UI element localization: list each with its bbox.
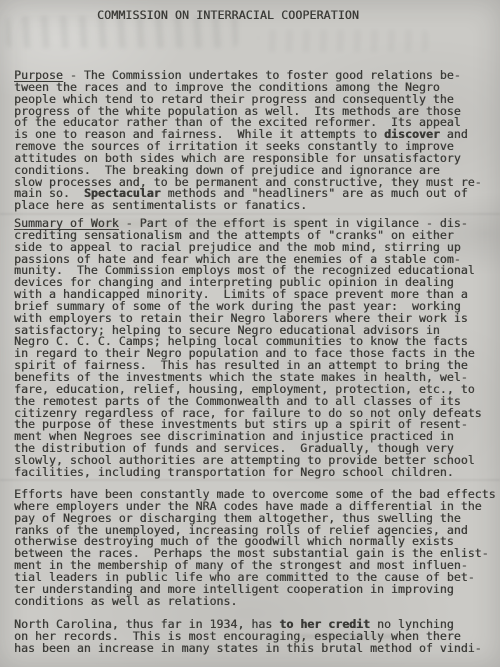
text-line: facilities, including transportation for… bbox=[14, 467, 482, 479]
paper-crease bbox=[0, 213, 500, 215]
paragraph-4: North Carolina, thus far in 1934, has to… bbox=[14, 619, 482, 655]
paragraph-3: Efforts have been constantly made to ove… bbox=[14, 489, 496, 607]
ink-transfer-ghost bbox=[258, 30, 428, 52]
scanned-document-page: COMMISSION ON INTERRACIAL COOPERATION Pu… bbox=[0, 0, 500, 667]
paper-crease bbox=[0, 479, 500, 481]
text-line: has been an increase in many states in t… bbox=[14, 643, 482, 655]
text-line: place here as sentimentalists or fanatic… bbox=[14, 200, 482, 212]
text-line: conditions as well as relations. bbox=[14, 596, 496, 608]
page-title: COMMISSION ON INTERRACIAL COOPERATION bbox=[97, 9, 359, 21]
paragraph-1: Purpose - The Commission undertakes to f… bbox=[14, 70, 482, 212]
paragraph-2: Summary of Work - Part of the effort is … bbox=[14, 218, 482, 479]
